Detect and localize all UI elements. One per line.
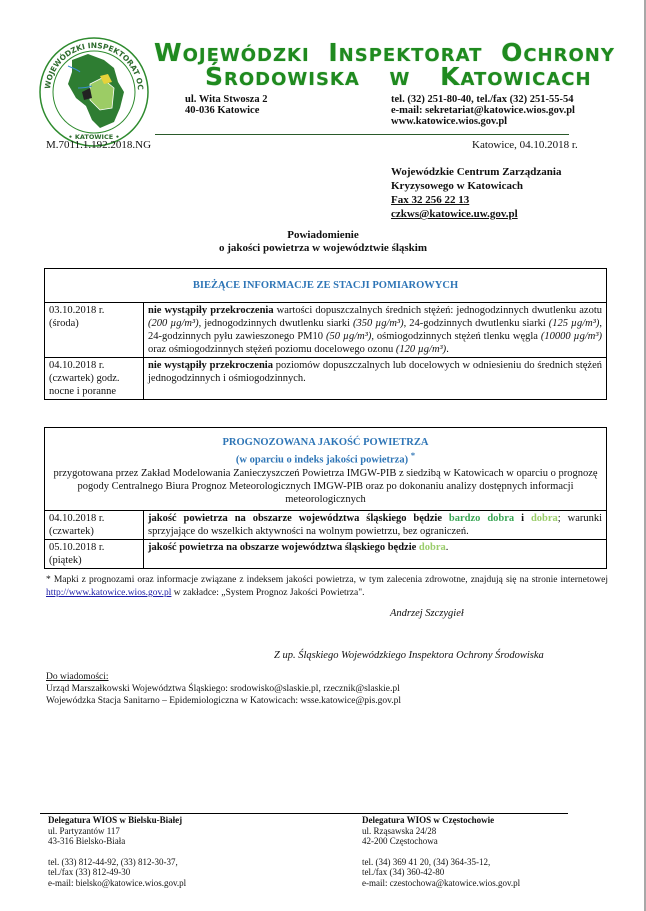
cc-label: Do wiadomości: — [46, 671, 401, 683]
branch-title: Delegatura WIOS w Częstochowie — [362, 815, 520, 826]
cc-block: Do wiadomości: Urząd Marszałkowski Wojew… — [46, 671, 401, 707]
recipient-line1: Wojewódzkie Centrum Zarządzania — [391, 165, 561, 179]
date-text: 04.10.2018 r. — [49, 359, 139, 372]
limit-value: (350 µg/m³) — [353, 318, 404, 329]
row-description: jakość powietrza na obszarze województwa… — [144, 539, 607, 568]
limit-value: (10000 µg/m³) — [541, 331, 602, 342]
branch-title: Delegatura WIOS w Bielsku-Białej — [48, 815, 186, 826]
quality-very-good: bardzo dobra — [449, 513, 514, 524]
limit-value: (50 µg/m³) — [326, 331, 371, 342]
desc-text: , 24-godzinnych dwutlenku siarki — [404, 318, 549, 329]
quality-good: dobra — [531, 513, 558, 524]
recipient-block: Wojewódzkie Centrum Zarządzania Kryzysow… — [391, 165, 561, 221]
date-text: 03.10.2018 r. — [49, 304, 139, 317]
row-date: 04.10.2018 r. (czwartek) — [45, 510, 144, 539]
date-text: 04.10.2018 r. — [49, 512, 139, 525]
recipient-line2: Kryzysowego w Katowicach — [391, 179, 561, 193]
cc-line2: Wojewódzka Stacja Sanitarno – Epidemiolo… — [46, 695, 401, 707]
address-street: ul. Wita Stwosza 2 — [185, 94, 267, 105]
footnote-text: w zakładce: „System Prognoz Jakości Powi… — [171, 588, 364, 598]
contact-phone: tel. (32) 251-80-40, tel./fax (32) 251-5… — [391, 94, 575, 105]
contact-email[interactable]: e-mail: sekretariat@katowice.wios.gov.pl — [391, 105, 575, 116]
branch-city: 42-200 Częstochowa — [362, 836, 520, 847]
branch-city: 43-316 Bielsko-Biała — [48, 836, 186, 847]
desc-text: , jednogodzinnych dwutlenku siarki — [199, 318, 353, 329]
branch-tel: tel. (33) 812-44-92, (33) 812-30-37, — [48, 857, 186, 868]
branch-fax: tel./fax (33) 812-49-30 — [48, 867, 186, 878]
forecast-subheading: (w oparciu o indeks jakości powietrza) * — [51, 449, 600, 467]
forecast-intro: przygotowana przez Zakład Modelowania Za… — [51, 467, 600, 506]
desc-text: wartości dopuszczalnych średnich stężeń:… — [274, 305, 602, 316]
row-description: nie wystąpiły przekroczenia wartości dop… — [144, 303, 607, 358]
branch-email[interactable]: e-mail: czestochowa@katowice.wios.gov.pl — [362, 878, 520, 889]
forecast-intro-cell: PROGNOZOWANA JAKOŚĆ POWIETRZA (w oparciu… — [45, 428, 607, 511]
table-row: 05.10.2018 r. (piątek) jakość powietrza … — [45, 539, 607, 568]
quality-good: dobra — [419, 542, 446, 553]
branch-tel: tel. (34) 369 41 20, (34) 364-35-12, — [362, 857, 520, 868]
notice-subtitle: o jakości powietrza w województwie śląsk… — [0, 242, 646, 255]
footer-divider — [40, 813, 568, 814]
cc-line1: Urząd Marszałkowski Województwa Śląskieg… — [46, 683, 401, 695]
table-row: 04.10.2018 r. (czwartek) godz. nocne i p… — [45, 358, 607, 400]
branch-czestochowa: Delegatura WIOS w Częstochowie ul. Rząsa… — [362, 815, 520, 888]
table-row: 04.10.2018 r. (czwartek) jakość powietrz… — [45, 510, 607, 539]
desc-text: . — [446, 344, 449, 355]
wios-logo-icon: WOJEWÓDZKI INSPEKTORAT OCHRONY ŚRODOWISK… — [38, 36, 150, 148]
limit-value: (120 µg/m³) — [396, 344, 446, 355]
row-description: nie wystąpiły przekroczenia poziomów dop… — [144, 358, 607, 400]
footnote: * Mapki z prognozami oraz informacje zwi… — [46, 574, 608, 600]
wios-website-link[interactable]: http://www.katowice.wios.gov.pl — [46, 588, 171, 598]
signature-on-behalf: Z up. Śląskiego Wojewódzkiego Inspektora… — [274, 650, 544, 661]
branch-street: ul. Rząsawska 24/28 — [362, 826, 520, 837]
row-description: jakość powietrza na obszarze województwa… — [144, 510, 607, 539]
recipient-fax: Fax 32 256 22 13 — [391, 193, 561, 207]
day-text: (czwartek) — [49, 525, 139, 538]
institution-title-line2: Środowiska w Katowicach — [205, 62, 592, 91]
lead-text: nie wystąpiły przekroczenia — [148, 305, 274, 316]
institution-contact: tel. (32) 251-80-40, tel./fax (32) 251-5… — [391, 94, 575, 127]
notice-heading: Powiadomienie o jakości powietrza w woje… — [0, 229, 646, 255]
branch-fax: tel./fax (34) 360-42-80 — [362, 867, 520, 878]
desc-text: , ośmiogodzinnych stężeń tlenku węgla — [371, 331, 541, 342]
row-date: 03.10.2018 r. (środa) — [45, 303, 144, 358]
current-info-table: BIEŻĄCE INFORMACJE ZE STACJI POMIAROWYCH… — [44, 268, 607, 400]
day-text: (czwartek) godz. nocne i poranne — [49, 372, 139, 398]
limit-value: (200 µg/m³) — [148, 318, 199, 329]
header-divider — [155, 134, 569, 135]
forecast-heading: PROGNOZOWANA JAKOŚĆ POWIETRZA — [51, 436, 600, 449]
desc-text: oraz ośmiogodzinnych stężeń poziomu doce… — [148, 344, 396, 355]
table-row: 03.10.2018 r. (środa) nie wystąpiły prze… — [45, 303, 607, 358]
forecast-table: PROGNOZOWANA JAKOŚĆ POWIETRZA (w oparciu… — [44, 427, 607, 569]
day-text: (środa) — [49, 317, 139, 330]
notice-title: Powiadomienie — [0, 229, 646, 242]
place-date: Katowice, 04.10.2018 r. — [472, 139, 578, 151]
branch-bielsko: Delegatura WIOS w Bielsku-Białej ul. Par… — [48, 815, 186, 888]
row-date: 04.10.2018 r. (czwartek) godz. nocne i p… — [45, 358, 144, 400]
date-text: 05.10.2018 r. — [49, 541, 139, 554]
branch-street: ul. Partyzantów 117 — [48, 826, 186, 837]
current-info-heading: BIEŻĄCE INFORMACJE ZE STACJI POMIAROWYCH — [45, 269, 607, 303]
footnote-text: * Mapki z prognozami oraz informacje zwi… — [46, 575, 608, 585]
address-city: 40-036 Katowice — [185, 105, 267, 116]
lead-text: jakość powietrza na obszarze województwa… — [148, 542, 419, 553]
contact-website[interactable]: www.katowice.wios.gov.pl — [391, 116, 575, 127]
branch-email[interactable]: e-mail: bielsko@katowice.wios.gov.pl — [48, 878, 186, 889]
lead-text: jakość powietrza na obszarze województwa… — [148, 513, 449, 524]
footnote-marker: * — [411, 450, 415, 460]
limit-value: (125 µg/m³) — [549, 318, 600, 329]
conj-text: i — [514, 513, 531, 524]
row-date: 05.10.2018 r. (piątek) — [45, 539, 144, 568]
day-text: (piątek) — [49, 554, 139, 567]
document-reference: M.7011.1.192.2018.NG — [46, 139, 151, 151]
subheading-text: (w oparciu o indeks jakości powietrza) — [236, 455, 408, 466]
tail-text: . — [446, 542, 449, 553]
institution-address: ul. Wita Stwosza 2 40-036 Katowice — [185, 94, 267, 116]
signer-name: Andrzej Szczygieł — [390, 608, 464, 619]
lead-text: nie wystąpiły przekroczenia — [148, 360, 273, 371]
recipient-email[interactable]: czkws@katowice.uw.gov.pl — [391, 207, 561, 221]
